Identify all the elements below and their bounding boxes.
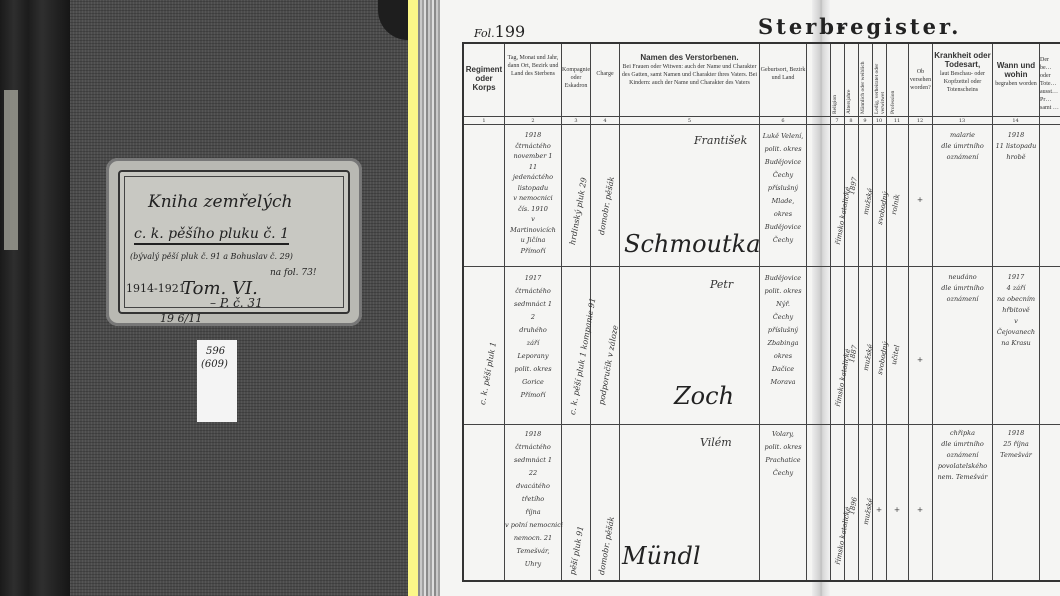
page-binding (418, 0, 440, 596)
label-former: (bývalý pěší pluk č. 91 a Bohuslav č. 29… (130, 252, 293, 261)
col-header-status: Ledig, verheiratet oder verwitwet (874, 52, 886, 114)
cell-status: svobodný (876, 341, 890, 375)
col-header-sex: Männlich oder weiblich (860, 52, 866, 114)
cell-given-name: František (694, 134, 747, 147)
col-num: 9 (858, 118, 872, 124)
label-folio-note: na fol. 73! (270, 268, 316, 278)
folio-number: Fol.199 (474, 22, 525, 41)
col-header-religion: Religion (832, 52, 838, 114)
image-divider (408, 0, 418, 596)
col-header-regiment: Regiment oder Korps (464, 66, 504, 93)
cell-status: + (872, 504, 886, 515)
col-header-name: Namen des Verstorbenen.Bei Frauen oder W… (620, 54, 759, 87)
register-page-image: Fol.199 Sterb- register. Regiment oder K… (418, 0, 1060, 596)
cell-burial: 1918 11 listopadu hrobě (993, 130, 1039, 163)
cell-surname: Schmoutka (624, 230, 761, 258)
cell-charge: domobr. pěšák (597, 516, 616, 576)
cell-profession: + (886, 504, 908, 515)
col-header-witness: Der be… oder Tote… ausst… Pr… samt … (1040, 56, 1060, 112)
cell-provided: + (908, 194, 932, 205)
col-header-charge: Charge (591, 70, 619, 78)
cell-date-place: 1918 čtrnáctého sedmnáct 1 22 dvacátého … (505, 428, 561, 571)
col-header-provided: Ob versehen worden? (909, 68, 932, 92)
cell-cause: neudáno dle úmrtního oznámení (933, 272, 992, 305)
col-num: 7 (830, 118, 844, 124)
cell-provided: + (908, 354, 932, 365)
cell-date-place: 1917 čtrnáctého sedmnáct 1 2 druhého zář… (505, 272, 561, 402)
label-title: Kniha zemřelých (148, 192, 292, 212)
col-header-age: Altersjahre (846, 52, 852, 114)
col-header-birthplace: Geburtsort, Bezirk und Land (760, 66, 806, 82)
cell-company: hrdinský pluk 29 (568, 177, 589, 246)
cell-company: pěší pluk 91 (568, 525, 585, 575)
cover-corner (378, 0, 408, 40)
cell-birthplace: Lukě Velení, polit. okres Budějovice Čec… (760, 130, 806, 247)
tag-number: 596 (206, 346, 225, 357)
col-num: 1 (464, 118, 504, 124)
cell-provided: + (908, 504, 932, 515)
book-spine (0, 0, 70, 596)
cell-burial: 1917 4 září na obecním hřbitově v Čejova… (993, 272, 1039, 349)
col-header-date-place: Tag, Monat und Jahr, dann Ort, Bezirk un… (505, 54, 561, 78)
archive-number-tag: 596 (609) (197, 340, 237, 422)
col-header-profession: Profession (890, 52, 896, 114)
col-num: 6 (760, 118, 806, 124)
cell-cause: malarie dle úmrtního oznámení (933, 130, 992, 163)
col-header-burial: Wann und wohinbegraben worden (993, 62, 1039, 88)
cell-burial: 1918 25 října Temešvár (993, 428, 1039, 461)
cell-religion: římsko katolické (834, 186, 852, 245)
cell-profession: rolník (890, 194, 901, 216)
folio-value: 199 (495, 22, 526, 41)
regiment-entry: c. k. pěší pluk 1 (478, 341, 498, 405)
cell-given-name: Vilém (700, 436, 732, 449)
col-num: 11 (886, 118, 908, 124)
cell-profession: učitel (890, 344, 901, 365)
col-num: 10 (872, 118, 886, 124)
cell-surname: Zoch (674, 382, 734, 410)
col-header-cause: Krankheit oder Todesart,laut Beschau- od… (933, 52, 992, 94)
cell-cause: chřipka dle úmrtního oznámení povolatels… (933, 428, 992, 483)
cell-religion: římsko katolické (834, 506, 852, 565)
col-num: 8 (844, 118, 858, 124)
col-num: 2 (505, 118, 561, 124)
cell-birthplace: Budějovice polit. okres Nýř. Čechy přísl… (760, 272, 806, 389)
cell-date-place: 1918 čtrnáctého november 1 11 jedenáctéh… (505, 130, 561, 256)
register-title-right: register. (836, 14, 961, 39)
label-number: – P. č. 31 (210, 296, 263, 310)
col-num: 3 (562, 118, 590, 124)
cell-status: svobodný (876, 191, 890, 225)
cell-charge: domobr. pěšák (597, 176, 616, 236)
col-num: 13 (932, 118, 992, 124)
cell-charge: podporučík v záloze (597, 324, 620, 405)
col-header-company: Kompagnie oder Eskadron (562, 66, 590, 90)
cell-company: c. k. pěší pluk 1 kompanie 91 (568, 297, 597, 415)
cover-title-label: Kniha zemřelých c. k. pěšího pluku č. 1 … (106, 158, 362, 326)
col-num: 4 (591, 118, 619, 124)
tag-subnumber: (609) (201, 359, 228, 370)
label-regiment: c. k. pěšího pluku č. 1 (134, 226, 289, 245)
cell-surname: Mündl (622, 542, 701, 570)
cell-given-name: Petr (710, 278, 733, 291)
register-table: Regiment oder Korps Tag, Monat und Jahr,… (462, 42, 1060, 582)
label-date: 19 6/11 (160, 312, 202, 325)
col-num: 5 (620, 118, 759, 124)
label-frame: Kniha zemřelých c. k. pěšího pluku č. 1 … (118, 170, 350, 314)
col-num: 14 (992, 118, 1039, 124)
spine-label (4, 90, 18, 250)
book-cover-image: Kniha zemřelých c. k. pěšího pluku č. 1 … (0, 0, 408, 596)
col-num: 12 (908, 118, 932, 124)
label-years: 1914-1921 (126, 282, 186, 295)
folio-prefix: Fol. (474, 27, 495, 40)
cell-birthplace: Volary, polit. okres Prachatice Čechy (760, 428, 806, 480)
